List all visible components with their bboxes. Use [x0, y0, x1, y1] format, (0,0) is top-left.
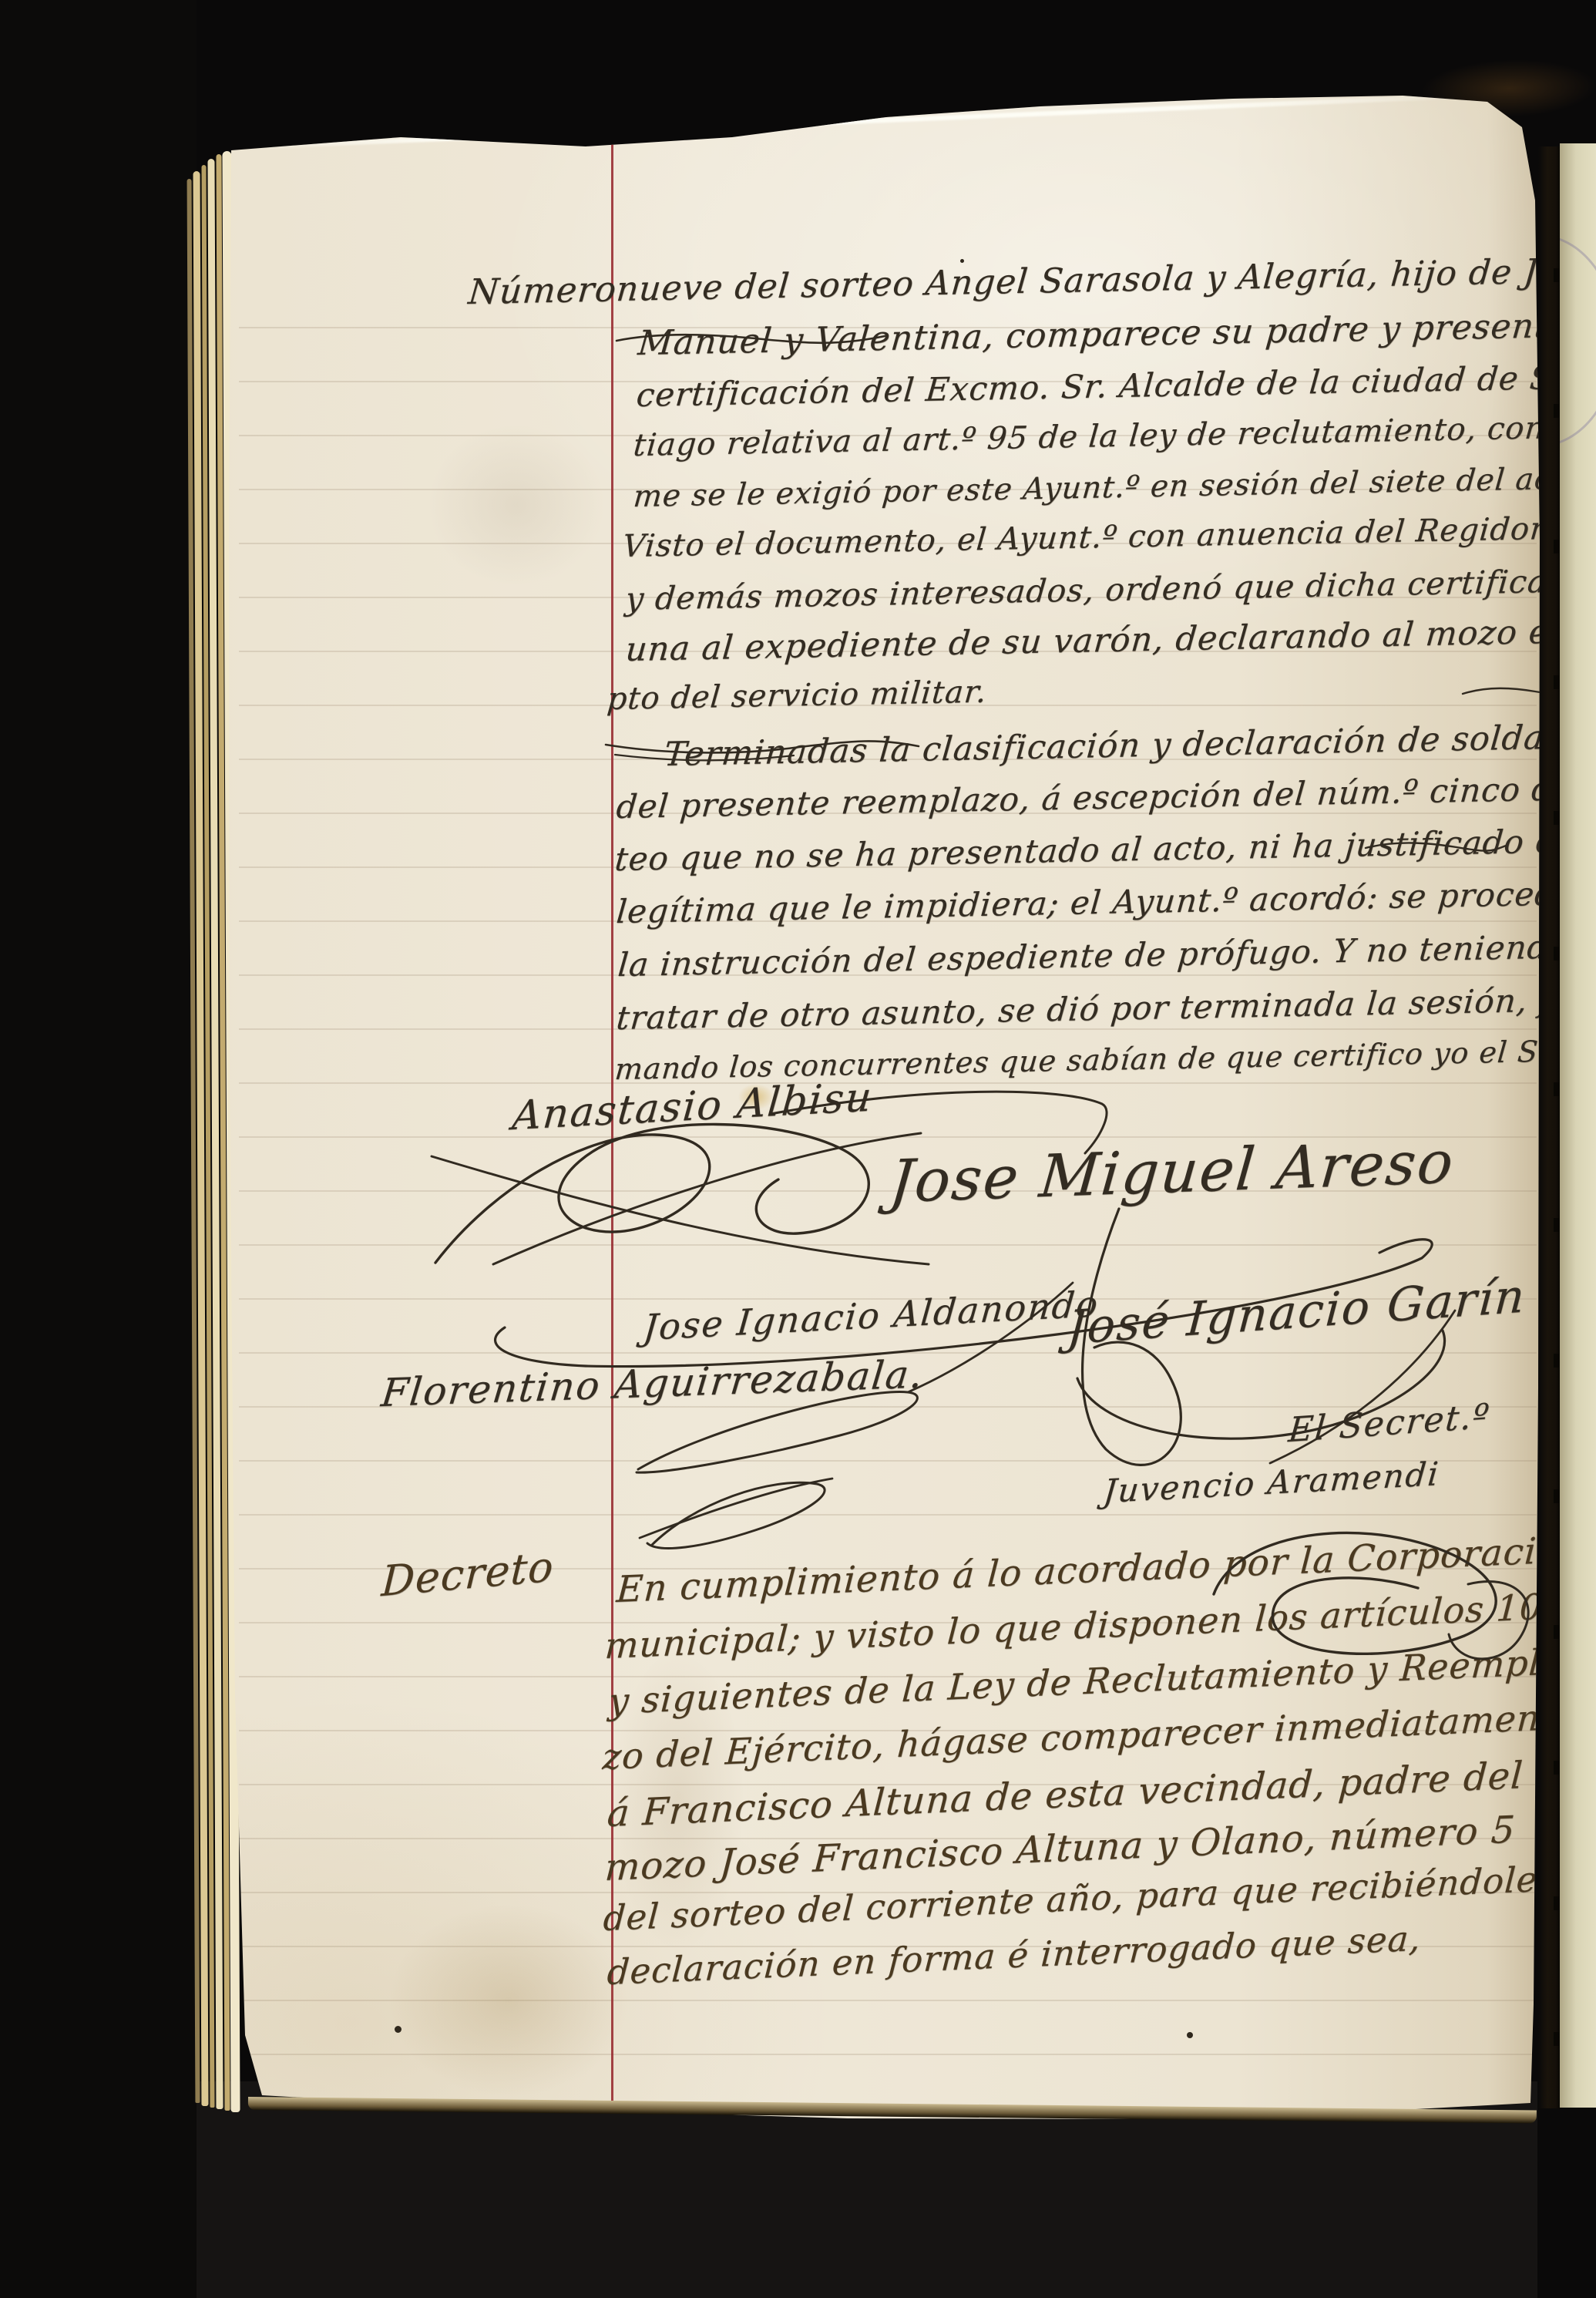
- margin-note-numero: Número: [467, 268, 619, 312]
- paper-stain: [389, 1904, 628, 2097]
- binding-stitches: [1554, 146, 1559, 2108]
- backdrop: [0, 0, 197, 2298]
- ink-speck: [1187, 2032, 1193, 2038]
- ink-speck: [395, 2026, 402, 2033]
- ink-stamp-trace: [1560, 234, 1596, 447]
- page-top-edge-highlight: [243, 93, 1498, 150]
- facing-page-sliver: [1560, 143, 1596, 2108]
- manuscript-photo: Número nueve del sorteo Angel Sarasola y…: [0, 0, 1596, 2298]
- paper-stain: [428, 424, 605, 586]
- manuscript-line: pto del servicio militar.: [606, 675, 989, 718]
- ink-speck: [960, 259, 964, 263]
